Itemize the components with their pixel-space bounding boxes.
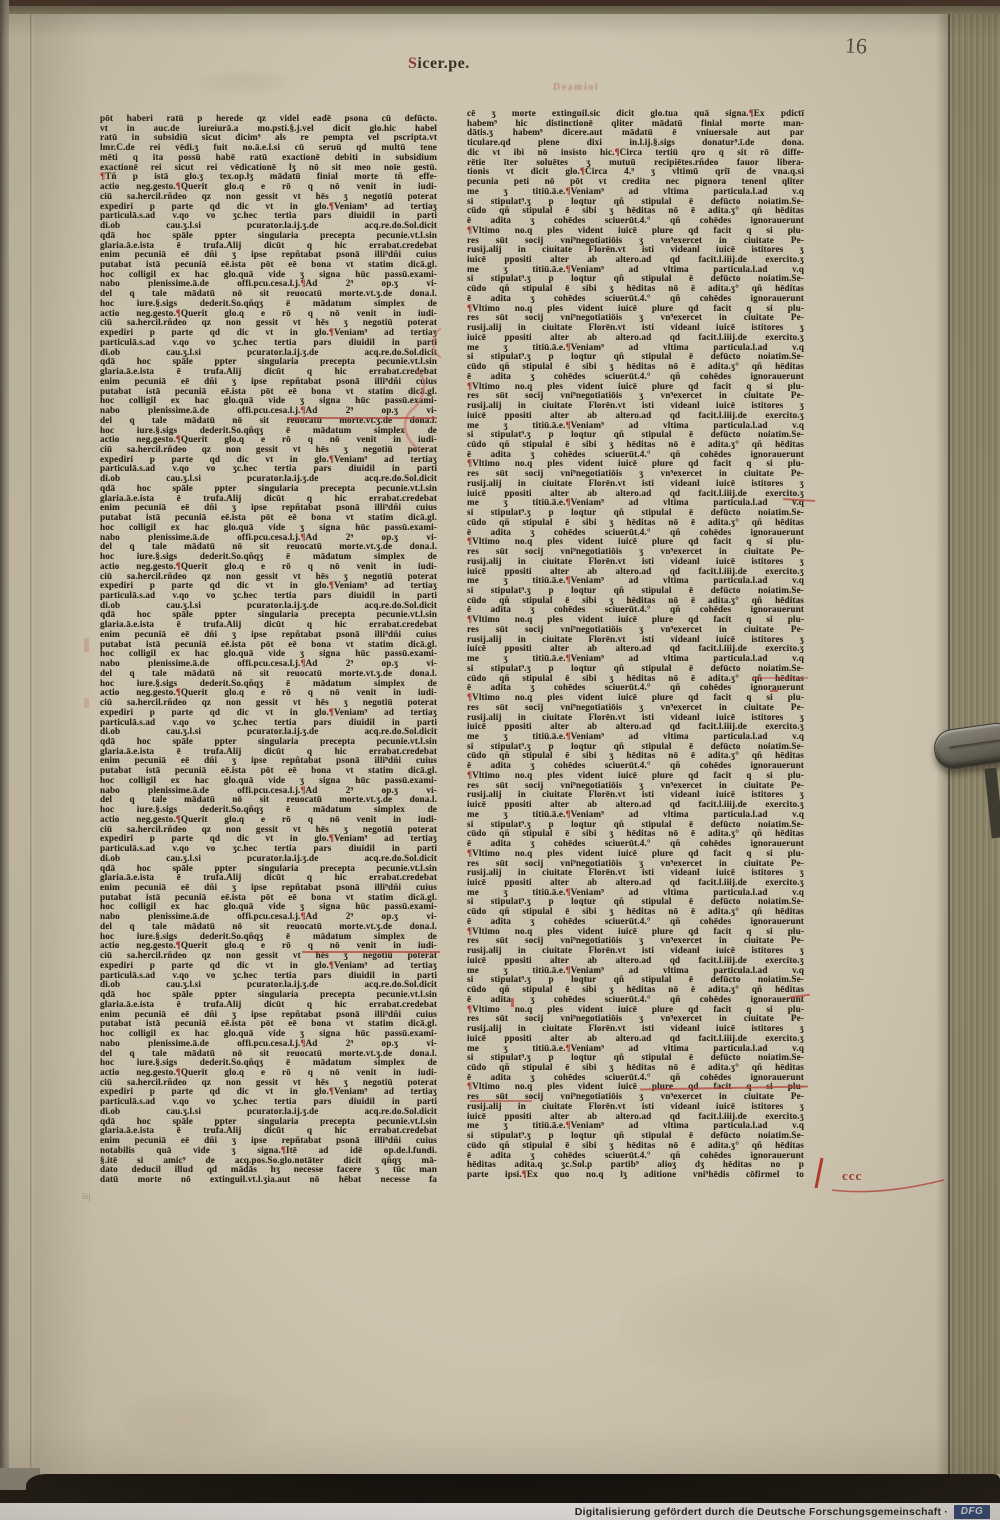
text-line: qdā hoc spāle ppter singularia precepta … bbox=[100, 231, 437, 241]
text-line: iuicē ppositi alter ab altero.ad qd faci… bbox=[467, 878, 804, 888]
text-line: §.itē si amic⁹ de acq.pos.So.glo.notāter… bbox=[100, 1156, 437, 1166]
text-line: hoc iure.§.sigs dederit.So.qñqʒ ē mādatu… bbox=[100, 299, 437, 309]
text-line: rusij.alij in ciuitate Florēn.vt isti vi… bbox=[467, 557, 804, 567]
text-line: cūdo qñ stipulal ē sibi ʒ hēditas nō ē a… bbox=[467, 440, 804, 450]
text-line: ¶Vltimo no.q ples vident iuicē plure qd … bbox=[467, 304, 804, 314]
text-line: si stipulat⁹.ʒ p loqtur qñ stipulal ē de… bbox=[467, 197, 804, 207]
text-line: enim pecuniā eē dñi ʒ ipse repñtabat pso… bbox=[100, 377, 437, 387]
text-column-right: cē ʒ morte extinguil.sic dicit glo.tua q… bbox=[467, 109, 804, 1180]
text-line: actio neg.gesto.¶Querit glo.q e rō q nō … bbox=[100, 309, 437, 319]
text-line: res sūt socij vni⁹negotiatiōis ʒ vn⁹exer… bbox=[467, 547, 804, 557]
text-line: cūdo qñ stipulal ē sibi ʒ hēditas nō ē a… bbox=[467, 1063, 804, 1073]
text-line: ē adita ʒ cohēdes sciuerūt.4.° qñ cohēde… bbox=[467, 372, 804, 382]
text-line: putabat istā pecuniā eē.ista pōt eē bona… bbox=[100, 640, 437, 650]
text-line: del q tale mādatū nō sit reuocatū morte.… bbox=[100, 795, 437, 805]
pilcrow-rubric: ¶ bbox=[566, 498, 571, 507]
text-line: me ʒ titiū.ā.e.¶Veniam⁹ ad vltima partic… bbox=[467, 343, 804, 353]
text-line: iuicē ppositi alter ab altero.ad qd faci… bbox=[467, 1034, 804, 1044]
text-line: si stipulat⁹.ʒ p loqtur qñ stipulal ē de… bbox=[467, 274, 804, 284]
text-line: cūdo qñ stipulal ē sibi ʒ hēditas nō ē a… bbox=[467, 985, 804, 995]
text-line: si stipulat⁹.ʒ p loqtur qñ stipulal ē de… bbox=[467, 508, 804, 518]
text-line: res sūt socij vni⁹negotiatiōis ʒ vn⁹exer… bbox=[467, 313, 804, 323]
text-line: expediri p parte qd dic vt in glo.¶Venia… bbox=[100, 1087, 437, 1097]
text-line: res sūt socij vni⁹negotiatiōis ʒ vn⁹exer… bbox=[467, 1014, 804, 1024]
text-line: rusij.alij in ciuitate Florēn.vt isti vi… bbox=[467, 323, 804, 333]
text-line: ¶Vltimo no.q ples vident iuicē plure qd … bbox=[467, 226, 804, 236]
text-line: putabat istā pecuniā eē.ista pōt eē bona… bbox=[100, 513, 437, 523]
pilcrow-rubric: ¶ bbox=[467, 459, 472, 468]
text-line: hoc colligil ex hac glo.quā vide ʒ signa… bbox=[100, 649, 437, 659]
catchword: ccc bbox=[842, 1168, 862, 1184]
text-line: nabo plenissime.ā.de offi.pcu.cesa.l.j.¶… bbox=[100, 406, 437, 416]
text-line: ¶Vltimo no.q ples vident iuicē plure qd … bbox=[467, 849, 804, 859]
text-line: glaria.ā.e.ista ē trufa.Alij dicūt q hic… bbox=[100, 873, 437, 883]
text-line: ciū sa.hercil.rñdeo qz non gessit vt hēs… bbox=[100, 192, 437, 202]
text-line: iuicē ppositi alter ab altero.ad qd faci… bbox=[467, 1112, 804, 1122]
pilcrow-rubric: ¶ bbox=[300, 786, 305, 795]
pilcrow-rubric: ¶ bbox=[566, 265, 571, 274]
dfg-logo: DFG bbox=[954, 1505, 990, 1519]
text-line: di.ob cau.ʒ.l.si pcurator.la.ij.ʒ.de acq… bbox=[100, 601, 437, 611]
text-line: ¶Vltimo no.q ples vident iuicē plure qd … bbox=[467, 771, 804, 781]
text-line: enim pecuniā eē dñi ʒ ipse repñtabat pso… bbox=[100, 883, 437, 893]
text-line: ¶Vltimo no.q ples vident iuicē plure qd … bbox=[467, 459, 804, 469]
text-line: tionis vt dicit glo.¶Circa 4.⁹ ʒ vltimū … bbox=[467, 167, 804, 177]
text-line: habem⁹ hic distinctionē qliter mādatū fi… bbox=[467, 119, 804, 129]
text-line: qdā hoc spāle ppter singularia precepta … bbox=[100, 737, 437, 747]
text-line: ē adita ʒ cohēdes sciuerūt.4.° qñ cohēde… bbox=[467, 995, 804, 1005]
text-line: ciū sa.hercil.rñdeo qz non gessit vt hēs… bbox=[100, 1078, 437, 1088]
text-line: iuicē ppositi alter ab altero.ad qd faci… bbox=[467, 644, 804, 654]
text-line: me ʒ titiū.ā.e.¶Veniam⁹ ad vltima partic… bbox=[467, 1121, 804, 1131]
credit-text: Digitalisierung gefördert durch die Deut… bbox=[575, 1506, 948, 1518]
text-line: iuicē ppositi alter ab altero.ad qd faci… bbox=[467, 255, 804, 265]
pilcrow-rubric: ¶ bbox=[467, 304, 472, 313]
book-gutter-left-edge bbox=[0, 0, 9, 1478]
pilcrow-rubric: ¶ bbox=[467, 693, 472, 702]
text-line: di.ob cau.ʒ.l.si pcurator.la.ij.ʒ.de acq… bbox=[100, 221, 437, 231]
pilcrow-rubric: ¶ bbox=[300, 533, 305, 542]
text-line: ¶Vltimo no.q ples vident iuicē plure qd … bbox=[467, 693, 804, 703]
text-line: cūdo qñ stipulal ē sibi ʒ hēditas nō ē a… bbox=[467, 829, 804, 839]
text-line: di.ob cau.ʒ.l.si pcurator.la.ij.ʒ.de acq… bbox=[100, 854, 437, 864]
text-line: me ʒ titiū.ā.e.¶Veniam⁹ ad vltima partic… bbox=[467, 732, 804, 742]
text-line: si stipulat⁹.ʒ p loqtur qñ stipulal ē de… bbox=[467, 820, 804, 830]
pilcrow-rubric: ¶ bbox=[467, 771, 472, 780]
text-line: del q tale mādatū nō sit reuocatū morte.… bbox=[100, 542, 437, 552]
text-line: cūdo qñ stipulal ē sibi ʒ hēditas nō ē a… bbox=[467, 907, 804, 917]
pilcrow-rubric: ¶ bbox=[329, 961, 334, 970]
pilcrow-rubric: ¶ bbox=[566, 1121, 571, 1130]
text-line: iuicē ppositi alter ab altero.ad qd faci… bbox=[467, 567, 804, 577]
text-line: ¶Vltimo no.q ples vident iuicē plure qd … bbox=[467, 382, 804, 392]
text-line: datū morte nō extinguil.vt.l.ʒia.aut nō … bbox=[100, 1175, 437, 1185]
text-line: hoc iure.§.sigs dederit.So.qñqʒ ē mādatu… bbox=[100, 552, 437, 562]
text-line: putabat istā pecuniā eē.ista pōt eē bona… bbox=[100, 387, 437, 397]
pilcrow-rubric: ¶ bbox=[566, 966, 571, 975]
pilcrow-rubric: ¶ bbox=[176, 688, 181, 697]
text-line: nabo plenissime.ā.de offi.pcu.cesa.l.j.¶… bbox=[100, 786, 437, 796]
text-line: rusij.alij in ciuitate Florēn.vt isti vi… bbox=[467, 1102, 804, 1112]
text-line: ē adita ʒ cohēdes sciuerūt.4.° qñ cohēde… bbox=[467, 683, 804, 693]
pilcrow-rubric: ¶ bbox=[329, 834, 334, 843]
red-stroke-mark bbox=[808, 1156, 828, 1190]
text-line: enim pecuniā eē dñi ʒ ipse repñtabat pso… bbox=[100, 503, 437, 513]
folio-number: 16 bbox=[844, 32, 867, 59]
pilcrow-rubric: ¶ bbox=[300, 406, 305, 415]
pilcrow-rubric: ¶ bbox=[300, 659, 305, 668]
text-line: res sūt socij vni⁹negotiatiōis ʒ vn⁹exer… bbox=[467, 469, 804, 479]
text-line: particulā.s.ad v.qo vo ʒc.hec tertia par… bbox=[100, 718, 437, 728]
text-line: glaria.ā.e.ista ē trufa.Alij dicūt q hic… bbox=[100, 1126, 437, 1136]
text-line: cūdo qñ stipulal ē sibi ʒ hēditas nō ē a… bbox=[467, 596, 804, 606]
text-line: rusij.alij in ciuitate Florēn.vt isti vi… bbox=[467, 1024, 804, 1034]
text-line: pōt haberi ratū p herede qz videl eadē p… bbox=[100, 114, 437, 124]
text-line: me ʒ titiū.ā.e.¶Veniam⁹ ad vltima partic… bbox=[467, 966, 804, 976]
text-line: particulā.s.ad v.qo vo ʒc.hec tertia par… bbox=[100, 971, 437, 981]
text-line: putabat istā pecuniā eē.ista pōt eē bona… bbox=[100, 893, 437, 903]
text-line: rusij.alij in ciuitate Florēn.vt isti vi… bbox=[467, 635, 804, 645]
text-line: ciū sa.hercil.rñdeo qz non gessit vt hēs… bbox=[100, 318, 437, 328]
text-line: si stipulat⁹.ʒ p loqtur qñ stipulal ē de… bbox=[467, 352, 804, 362]
text-line: si stipulat⁹.ʒ p loqtur qñ stipulal ē de… bbox=[467, 586, 804, 596]
text-line: nabo plenissime.ā.de offi.pcu.cesa.l.j.¶… bbox=[100, 659, 437, 669]
text-line: res sūt socij vni⁹negotiatiōis ʒ vn⁹exer… bbox=[467, 781, 804, 791]
text-line: expediri p parte qd dic vt in glo.¶Venia… bbox=[100, 834, 437, 844]
text-line: res sūt socij vni⁹negotiatiōis ʒ vn⁹exer… bbox=[467, 625, 804, 635]
pilcrow-rubric: ¶ bbox=[329, 202, 334, 211]
text-line: cūdo qñ stipulal ē sibi ʒ hēditas nō ē a… bbox=[467, 1141, 804, 1151]
text-line: ē adita ʒ cohēdes sciuerūt.4.° qñ cohēde… bbox=[467, 294, 804, 304]
text-line: putabat istā pecuniā eē.ista pōt eē bona… bbox=[100, 766, 437, 776]
text-line: ticulare.qd plene dixi in.l.ij.§.sigs do… bbox=[467, 138, 804, 148]
text-line: ¶Vltimo no.q ples vident iuicē plure qd … bbox=[467, 537, 804, 547]
pilcrow-rubric: ¶ bbox=[300, 912, 305, 921]
text-line: me ʒ titiū.ā.e.¶Veniam⁹ ad vltima partic… bbox=[467, 888, 804, 898]
text-line: rusij.alij in ciuitate Florēn.vt isti vi… bbox=[467, 245, 804, 255]
text-line: iuicē ppositi alter ab altero.ad qd faci… bbox=[467, 411, 804, 421]
text-line: parte ipsi.¶Ex quo no.q lʒ aditione vni⁹… bbox=[467, 1170, 804, 1180]
text-line: actio neg.gesto.¶Querit glo.q e rō q nō … bbox=[100, 182, 437, 192]
text-line: glaria.ā.e.ista ē trufa.Alij dicūt q hic… bbox=[100, 367, 437, 377]
pilcrow-rubric: ¶ bbox=[329, 581, 334, 590]
text-line: iuicē ppositi alter ab altero.ad qd faci… bbox=[467, 333, 804, 343]
text-line: cūdo qñ stipulal ē sibi ʒ hēditas nō ē a… bbox=[467, 284, 804, 294]
text-line: di.ob cau.ʒ.l.si pcurator.la.ij.ʒ.de acq… bbox=[100, 980, 437, 990]
pilcrow-rubric: ¶ bbox=[176, 435, 181, 444]
text-line: qdā hoc spāle ppter singularia precepta … bbox=[100, 610, 437, 620]
pilcrow-rubric: ¶ bbox=[329, 328, 334, 337]
text-line: glaria.ā.e.ista ē trufa.Alij dicūt q hic… bbox=[100, 1000, 437, 1010]
text-line: me ʒ titiū.ā.e.¶Veniam⁹ ad vltima partic… bbox=[467, 187, 804, 197]
pilcrow-rubric: ¶ bbox=[467, 1005, 472, 1014]
text-line: ciū sa.hercil.rñdeo qz non gessit vt hēs… bbox=[100, 572, 437, 582]
text-line: ē adita ʒ cohēdes sciuerūt.4.° qñ cohēde… bbox=[467, 450, 804, 460]
text-line: hoc iure.§.sigs dederit.So.qñqʒ ē mādatu… bbox=[100, 805, 437, 815]
pilcrow-rubric: ¶ bbox=[176, 182, 181, 191]
digitization-credit-bar: Digitalisierung gefördert durch die Deut… bbox=[0, 1503, 1000, 1520]
text-line: si stipulat⁹.ʒ p loqtur qñ stipulal ē de… bbox=[467, 897, 804, 907]
text-line: si stipulat⁹.ʒ p loqtur qñ stipulal ē de… bbox=[467, 742, 804, 752]
text-line: iuicē ppositi alter ab altero.ad qd faci… bbox=[467, 722, 804, 732]
text-line: hoc colligil ex hac glo.quā vide ʒ signa… bbox=[100, 270, 437, 280]
text-line: res sūt socij vni⁹negotiatiōis ʒ vn⁹exer… bbox=[467, 1092, 804, 1102]
pilcrow-rubric: ¶ bbox=[566, 576, 571, 585]
text-line: iuicē ppositi alter ab altero.ad qd faci… bbox=[467, 956, 804, 966]
text-line: rusij.alij in ciuitate Florēn.vt isti vi… bbox=[467, 946, 804, 956]
text-line: si stipulat⁹.ʒ p loqtur qñ stipulal ē de… bbox=[467, 664, 804, 674]
text-line: cūdo qñ stipulal ē sibi ʒ hēditas nō ē a… bbox=[467, 674, 804, 684]
pilcrow-rubric: ¶ bbox=[176, 1068, 181, 1077]
text-line: nabo plenissime.ā.de offi.pcu.cesa.l.j.¶… bbox=[100, 279, 437, 289]
pilcrow-rubric: ¶ bbox=[522, 1170, 527, 1179]
scanned-book-page: Sicer.pe. Deamioi 16 pōt haberi ratū p h… bbox=[0, 0, 1000, 1520]
pilcrow-rubric: ¶ bbox=[467, 927, 472, 936]
text-line: particulā.s.ad v.qo vo ʒc.hec tertia par… bbox=[100, 844, 437, 854]
text-line: me ʒ titiū.ā.e.¶Veniam⁹ ad vltima partic… bbox=[467, 265, 804, 275]
book-clasp-slot bbox=[949, 738, 1000, 750]
text-line: iuicē ppositi alter ab altero.ad qd faci… bbox=[467, 800, 804, 810]
text-line: particulā.s.ad v.qo vo ʒc.hec tertia par… bbox=[100, 1097, 437, 1107]
text-line: lmr.C.de rei vēdi.ʒ fuit no.ā.e.l.si cū … bbox=[100, 143, 437, 153]
text-line: notabilis quā vide ʒ signa.¶Itē ad idē o… bbox=[100, 1146, 437, 1156]
text-line: glaria.ā.e.ista ē trufa.Alij dicūt q hic… bbox=[100, 747, 437, 757]
text-line: hoc iure.§.sigs dederit.So.qñqʒ ē mādatu… bbox=[100, 679, 437, 689]
pilcrow-rubric: ¶ bbox=[566, 654, 571, 663]
pilcrow-rubric: ¶ bbox=[300, 1039, 305, 1048]
text-line: glaria.ā.e.ista ē trufa.Alij dicūt q hic… bbox=[100, 620, 437, 630]
text-line: ciū sa.hercil.rñdeo qz non gessit vt hēs… bbox=[100, 951, 437, 961]
text-line: hoc iure.§.sigs dederit.So.qñqʒ ē mādatu… bbox=[100, 1058, 437, 1068]
text-line: cūdo qñ stipulal ē sibi ʒ hēditas nō ē a… bbox=[467, 206, 804, 216]
text-line: nabo plenissime.ā.de offi.pcu.cesa.l.j.¶… bbox=[100, 912, 437, 922]
text-line: particulā.s.ad v.qo vo ʒc.hec tertia par… bbox=[100, 211, 437, 221]
text-line: cūdo qñ stipulal ē sibi ʒ hēditas nō ē a… bbox=[467, 362, 804, 372]
faint-margin-note: ūij bbox=[82, 1192, 90, 1201]
pilcrow-rubric: ¶ bbox=[100, 172, 105, 181]
text-line: iuicē ppositi alter ab altero.ad qd faci… bbox=[467, 489, 804, 499]
text-line: enim pecuniā eē dñi ʒ ipse repñtabat pso… bbox=[100, 1136, 437, 1146]
parchment-stain bbox=[120, 1390, 270, 1450]
text-line: res sūt socij vni⁹negotiatiōis ʒ vn⁹exer… bbox=[467, 391, 804, 401]
text-line: expediri p parte qd dic vt in glo.¶Venia… bbox=[100, 202, 437, 212]
pilcrow-rubric: ¶ bbox=[566, 187, 571, 196]
text-line: ciū sa.hercil.rñdeo qz non gessit vt hēs… bbox=[100, 698, 437, 708]
pilcrow-rubric: ¶ bbox=[566, 810, 571, 819]
text-line: res sūt socij vni⁹negotiatiōis ʒ vn⁹exer… bbox=[467, 936, 804, 946]
text-line: res sūt socij vni⁹negotiatiōis ʒ vn⁹exer… bbox=[467, 236, 804, 246]
text-line: glaria.ā.e.ista ē trufa.Alij dicūt q hic… bbox=[100, 241, 437, 251]
show-through-text: Deamioi bbox=[553, 82, 599, 93]
text-line: me ʒ titiū.ā.e.¶Veniam⁹ ad vltima partic… bbox=[467, 421, 804, 431]
pilcrow-rubric: ¶ bbox=[281, 1146, 286, 1155]
text-line: ¶Vltimo no.q ples vident iuicē plure qd … bbox=[467, 927, 804, 937]
text-line: rusij.alij in ciuitate Florēn.vt isti vi… bbox=[467, 868, 804, 878]
text-line: expediri p parte qd dic vt in glo.¶Venia… bbox=[100, 455, 437, 465]
text-line: cūdo qñ stipulal ē sibi ʒ hēditas nō ē a… bbox=[467, 751, 804, 761]
text-line: ¶Vltimo no.q ples vident iuicē plure qd … bbox=[467, 1005, 804, 1015]
text-line: si stipulat⁹.ʒ p loqtur qñ stipulal ē de… bbox=[467, 1131, 804, 1141]
text-line: ē adita ʒ cohēdes sciuerūt.4.° qñ cohēde… bbox=[467, 605, 804, 615]
text-line: exactionē rei sicut rei vēdicationē lʒ n… bbox=[100, 163, 437, 173]
parchment-stain bbox=[200, 70, 290, 94]
text-line: dato deducil illud qd mādās hʒ necesse f… bbox=[100, 1165, 437, 1175]
text-line: hoc iure.§.sigs dederit.So.qñqʒ ē mādatu… bbox=[100, 932, 437, 942]
pilcrow-rubric: ¶ bbox=[176, 309, 181, 318]
text-line: actio neg.gesto.¶Querit glo.q e rō q nō … bbox=[100, 1068, 437, 1078]
text-line: ē adita ʒ cohēdes sciuerūt.4.° qñ cohēde… bbox=[467, 528, 804, 538]
text-line: di.ob cau.ʒ.l.si pcurator.la.ij.ʒ.de acq… bbox=[100, 474, 437, 484]
text-line: rusij.alij in ciuitate Florēn.vt isti vi… bbox=[467, 479, 804, 489]
text-line: particulā.s.ad v.qo vo ʒc.hec tertia par… bbox=[100, 464, 437, 474]
pilcrow-rubric: ¶ bbox=[467, 226, 472, 235]
pilcrow-rubric: ¶ bbox=[176, 815, 181, 824]
text-line: hoc colligil ex hac glo.quā vide ʒ signa… bbox=[100, 1029, 437, 1039]
text-line: del q tale mādatū nō sit reuocatū morte.… bbox=[100, 922, 437, 932]
text-line: actio neg.gesto.¶Querit glo.q e rō q nō … bbox=[100, 562, 437, 572]
text-line: pecunia peti nō pōt vt credita nec pigno… bbox=[467, 177, 804, 187]
running-title: Sicer.pe. bbox=[408, 55, 470, 73]
text-line: me ʒ titiū.ā.e.¶Veniam⁹ ad vltima partic… bbox=[467, 1044, 804, 1054]
text-line: actio neg.gesto.¶Querit glo.q e rō q nō … bbox=[100, 435, 437, 445]
pilcrow-rubric: ¶ bbox=[566, 1044, 571, 1053]
text-line: ē adita ʒ cohēdes sciuerūt.4.° qñ cohēde… bbox=[467, 839, 804, 849]
text-line: ē adita ʒ cohēdes sciuerūt.4.° qñ cohēde… bbox=[467, 917, 804, 927]
text-line: di.ob cau.ʒ.l.si pcurator.la.ij.ʒ.de acq… bbox=[100, 1107, 437, 1117]
text-line: ¶Vltimo no.q ples vident iuicē plure qd … bbox=[467, 615, 804, 625]
pilcrow-rubric: ¶ bbox=[329, 455, 334, 464]
pilcrow-rubric: ¶ bbox=[749, 109, 754, 118]
text-line: qdā hoc spāle ppter singularia precepta … bbox=[100, 990, 437, 1000]
pilcrow-rubric: ¶ bbox=[467, 615, 472, 624]
text-line: hoc iure.§.sigs dederit.So.qñqʒ ē mādatu… bbox=[100, 426, 437, 436]
text-line: del q tale mādatū nō sit reuocatū morte.… bbox=[100, 289, 437, 299]
text-line: qdā hoc spāle ppter singularia precepta … bbox=[100, 357, 437, 367]
text-line: hoc colligil ex hac glo.quā vide ʒ signa… bbox=[100, 902, 437, 912]
text-line: ē adita ʒ cohēdes sciuerūt.4.° qñ cohēde… bbox=[467, 1151, 804, 1161]
text-column-left: pōt haberi ratū p herede qz videl eadē p… bbox=[100, 114, 437, 1185]
text-line: del q tale mādatū nō sit reuocatū morte.… bbox=[100, 669, 437, 679]
text-line: qdā hoc spāle ppter singularia precepta … bbox=[100, 484, 437, 494]
text-line: ciū sa.hercil.rñdeo qz non gessit vt hēs… bbox=[100, 445, 437, 455]
text-line: expediri p parte qd dic vt in glo.¶Venia… bbox=[100, 581, 437, 591]
text-line: ciū sa.hercil.rñdeo qz non gessit vt hēs… bbox=[100, 825, 437, 835]
text-line: del q tale mādatū nō sit reuocatū morte.… bbox=[100, 416, 437, 426]
text-line: rusij.alij in ciuitate Florēn.vt isti vi… bbox=[467, 401, 804, 411]
text-line: expediri p parte qd dic vt in glo.¶Venia… bbox=[100, 708, 437, 718]
text-line: nabo plenissime.ā.de offi.pcu.cesa.l.j.¶… bbox=[100, 533, 437, 543]
pilcrow-rubric: ¶ bbox=[467, 382, 472, 391]
text-line: ē adita ʒ cohēdes sciuerūt.4.° qñ cohēde… bbox=[467, 216, 804, 226]
pilcrow-rubric: ¶ bbox=[566, 421, 571, 430]
text-line: me ʒ titiū.ā.e.¶Veniam⁹ ad vltima partic… bbox=[467, 498, 804, 508]
text-line: enim pecuniā eē dñi ʒ ipse repñtabat pso… bbox=[100, 756, 437, 766]
text-line: qdā hoc spāle ppter singularia precepta … bbox=[100, 864, 437, 874]
text-line: rētie īter soluētes ʒ mutuū recipiētes.r… bbox=[467, 158, 804, 168]
parchment-stain bbox=[620, 1270, 840, 1380]
pilcrow-rubric: ¶ bbox=[566, 343, 571, 352]
text-line: cē ʒ morte extinguil.sic dicit glo.tua q… bbox=[467, 109, 804, 119]
text-line: vt in auc.de iureiurā.a mo.psti.§.j.vel … bbox=[100, 124, 437, 134]
text-line: nabo plenissime.ā.de offi.pcu.cesa.l.j.¶… bbox=[100, 1039, 437, 1049]
pilcrow-rubric: ¶ bbox=[566, 888, 571, 897]
text-line: res sūt socij vni⁹negotiatiōis ʒ vn⁹exer… bbox=[467, 703, 804, 713]
text-line: rusij.alij in ciuitate Florēn.vt isti vi… bbox=[467, 713, 804, 723]
text-line: particulā.s.ad v.qo vo ʒc.hec tertia par… bbox=[100, 338, 437, 348]
text-line: di.ob cau.ʒ.l.si pcurator.la.ij.ʒ.de acq… bbox=[100, 348, 437, 358]
pilcrow-rubric: ¶ bbox=[329, 708, 334, 717]
text-line: dic vt ibi nō insisto hic.¶Circa tertiū … bbox=[467, 148, 804, 158]
text-line: di.ob cau.ʒ.l.si pcurator.la.ij.ʒ.de acq… bbox=[100, 727, 437, 737]
text-line: enim pecuniā eē dñi ʒ ipse repñtabat pso… bbox=[100, 630, 437, 640]
text-line: ¶Vltimo no.q ples vident iuicē plure qd … bbox=[467, 1082, 804, 1092]
pilcrow-rubric: ¶ bbox=[300, 279, 305, 288]
text-line: si stipulat⁹.ʒ p loqtur qñ stipulal ē de… bbox=[467, 975, 804, 985]
text-line: res sūt socij vni⁹negotiatiōis ʒ vn⁹exer… bbox=[467, 859, 804, 869]
text-line: hoc colligil ex hac glo.quā vide ʒ signa… bbox=[100, 776, 437, 786]
text-line: dātis.ʒ habem⁹ dicere.aut mādatū ē vniue… bbox=[467, 128, 804, 138]
text-line: mēti q ita possū habē ratū exactionē deb… bbox=[100, 153, 437, 163]
pilcrow-rubric: ¶ bbox=[467, 537, 472, 546]
text-line: particulā.s.ad v.qo vo ʒc.hec tertia par… bbox=[100, 591, 437, 601]
text-line: actio neg.gesto.¶Querit glo.q e rō q nō … bbox=[100, 688, 437, 698]
text-line: putabat istā pecuniā eē.ista pōt eē bona… bbox=[100, 1019, 437, 1029]
text-line: glaria.ā.e.ista ē trufa.Alij dicūt q hic… bbox=[100, 494, 437, 504]
page-block-top-edge bbox=[0, 6, 1000, 14]
text-line: actio neg.gesto.¶Querit glo.q e rō q nō … bbox=[100, 815, 437, 825]
text-line: enim pecuniā eē dñi ʒ ipse repñtabat pso… bbox=[100, 250, 437, 260]
pilcrow-rubric: ¶ bbox=[467, 1082, 472, 1091]
pilcrow-rubric: ¶ bbox=[467, 849, 472, 858]
text-line: si stipulat⁹.ʒ p loqtur qñ stipulal ē de… bbox=[467, 430, 804, 440]
text-line: qdā hoc spāle ppter singularia precepta … bbox=[100, 1117, 437, 1127]
pilcrow-rubric: ¶ bbox=[176, 941, 181, 950]
scan-background bbox=[0, 1490, 1000, 1503]
gutter-shadow bbox=[34, 14, 94, 1474]
pilcrow-rubric: ¶ bbox=[329, 1087, 334, 1096]
text-line: expediri p parte qd dic vt in glo.¶Venia… bbox=[100, 328, 437, 338]
text-line: expediri p parte qd dic vt in glo.¶Venia… bbox=[100, 961, 437, 971]
pilcrow-rubric: ¶ bbox=[566, 732, 571, 741]
text-line: enim pecuniā eē dñi ʒ ipse repñtabat pso… bbox=[100, 1010, 437, 1020]
text-line: actio neg.gesto.¶Querit glo.q e rō q nō … bbox=[100, 941, 437, 951]
text-line: ē adita ʒ cohēdes sciuerūt.4.° qñ cohēde… bbox=[467, 761, 804, 771]
pilcrow-rubric: ¶ bbox=[176, 562, 181, 571]
page-left-margin-band bbox=[9, 14, 31, 1474]
text-line: me ʒ titiū.ā.e.¶Veniam⁹ ad vltima partic… bbox=[467, 810, 804, 820]
text-line: hēditas adita.q ʒc.Sol.p partib⁹ alioʒ d… bbox=[467, 1160, 804, 1170]
text-line: putabat istā pecuniā eē.ista pōt eē bona… bbox=[100, 260, 437, 270]
text-line: hoc colligil ex hac glo.quā vide ʒ signa… bbox=[100, 396, 437, 406]
text-line: si stipulat⁹.ʒ p loqtur qñ stipulal ē de… bbox=[467, 1053, 804, 1063]
text-line: me ʒ titiū.ā.e.¶Veniam⁹ ad vltima partic… bbox=[467, 654, 804, 664]
pilcrow-rubric: ¶ bbox=[615, 148, 620, 157]
text-line: me ʒ titiū.ā.e.¶Veniam⁹ ad vltima partic… bbox=[467, 576, 804, 586]
text-line: rusij.alij in ciuitate Florēn.vt isti vi… bbox=[467, 790, 804, 800]
pilcrow-rubric: ¶ bbox=[580, 167, 585, 176]
text-line: ¶Tñ p istā glo.ʒ tex.op.lʒ mādatū finial… bbox=[100, 172, 437, 182]
text-line: hoc colligil ex hac glo.quā vide ʒ signa… bbox=[100, 523, 437, 533]
text-line: cūdo qñ stipulal ē sibi ʒ hēditas nō ē a… bbox=[467, 518, 804, 528]
text-line: del q tale mādatū nō sit reuocatū morte.… bbox=[100, 1049, 437, 1059]
text-line: ē adita ʒ cohēdes sciuerūt.4.° qñ cohēde… bbox=[467, 1073, 804, 1083]
text-line: ratū in subsidiū sicut dicim⁹ als re pem… bbox=[100, 133, 437, 143]
